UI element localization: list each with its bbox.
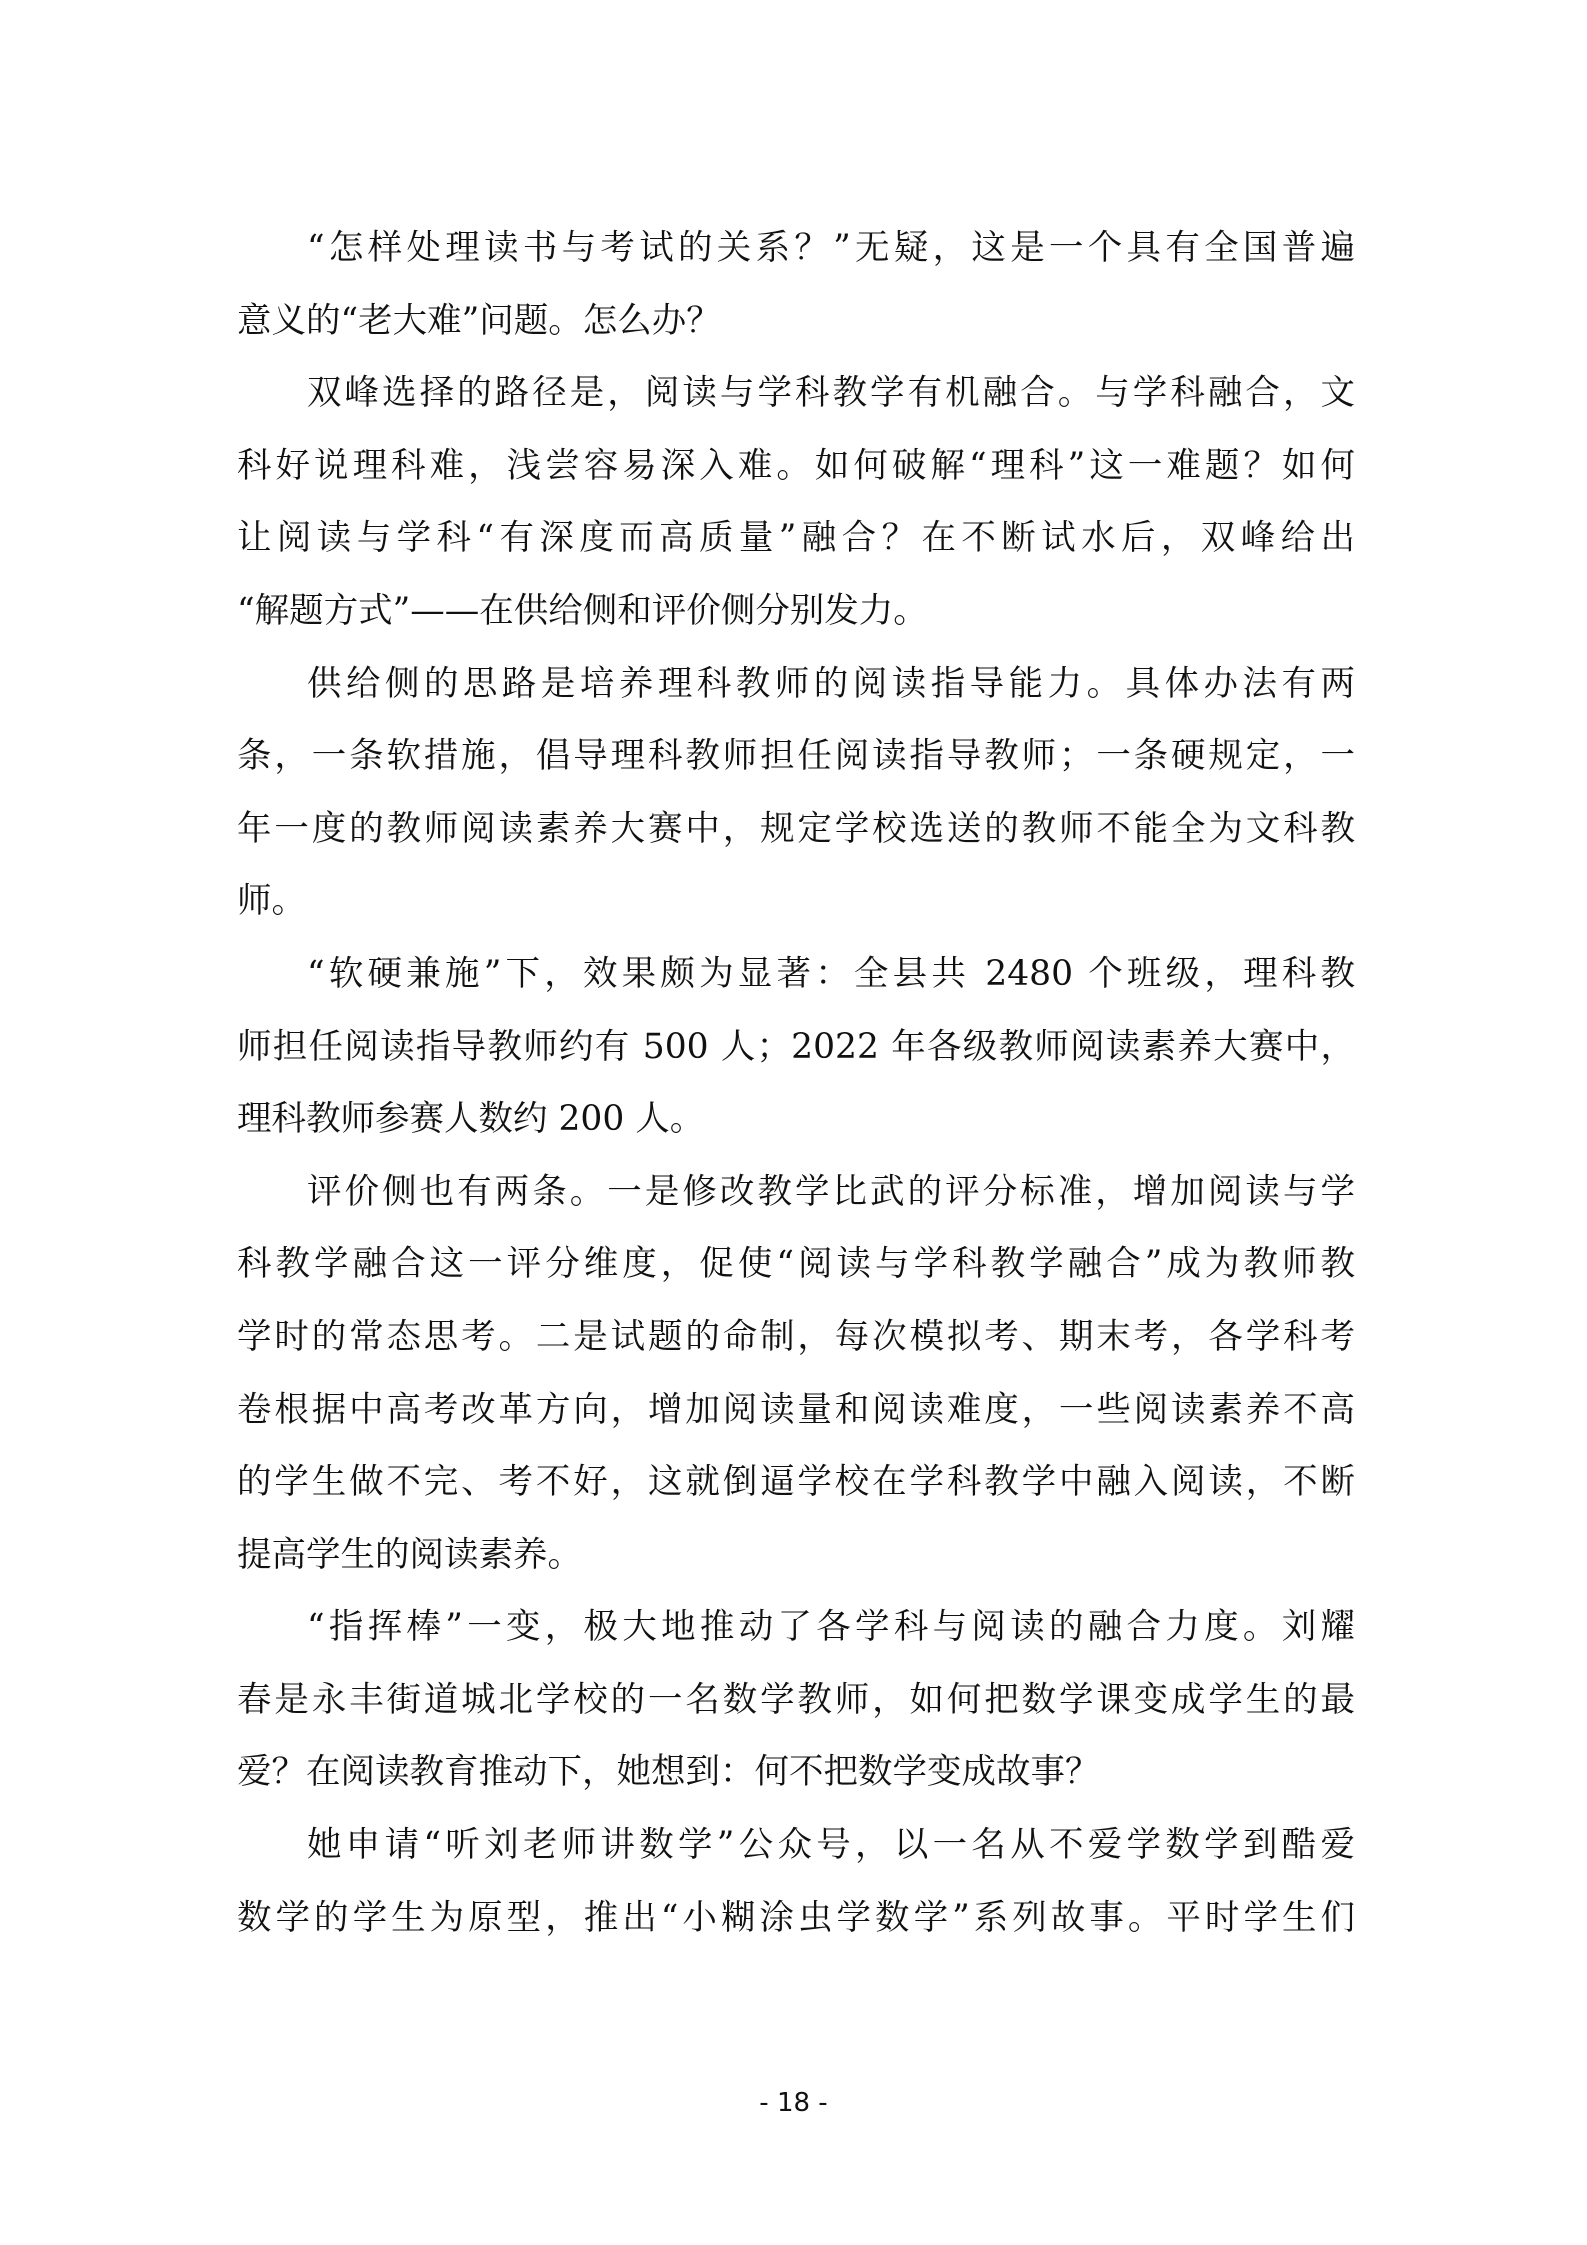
text-line: 年一度的教师阅读素养大赛中，规定学校选送的教师不能全为文科教 (237, 793, 1355, 866)
text-line: 科教学融合这一评分维度，促使“阅读与学科教学融合”成为教师教 (237, 1228, 1355, 1301)
text-line: 春是永丰街道城北学校的一名数学教师，如何把数学课变成学生的最 (237, 1664, 1355, 1737)
paragraph: “软硬兼施”下，效果颇为显著：全县共 2480 个班级，理科教 师担任阅读指导教… (237, 938, 1355, 1156)
paragraph: 供给侧的思路是培养理科教师的阅读指导能力。具体办法有两 条，一条软措施，倡导理科… (237, 648, 1355, 938)
text-line: 爱？在阅读教育推动下，她想到：何不把数学变成故事？ (237, 1736, 1355, 1809)
paragraph: 评价侧也有两条。一是修改教学比武的评分标准，增加阅读与学 科教学融合这一评分维度… (237, 1156, 1355, 1592)
text-line: 条，一条软措施，倡导理科教师担任阅读指导教师；一条硬规定，一 (237, 720, 1355, 793)
paragraph: “指挥棒”一变，极大地推动了各学科与阅读的融合力度。刘耀 春是永丰街道城北学校的… (237, 1591, 1355, 1809)
text-line: 卷根据中高考改革方向，增加阅读量和阅读难度，一些阅读素养不高 (237, 1374, 1355, 1447)
text-line: “软硬兼施”下，效果颇为显著：全县共 2480 个班级，理科教 (237, 938, 1355, 1011)
text-line: 让阅读与学科“有深度而高质量”融合？在不断试水后，双峰给出 (237, 502, 1355, 575)
page-number: - 18 - (0, 2088, 1587, 2118)
paragraph: “怎样处理读书与考试的关系？”无疑，这是一个具有全国普遍 意义的“老大难”问题。… (237, 212, 1355, 357)
paragraph: 她申请“听刘老师讲数学”公众号，以一名从不爱学数学到酷爱 数学的学生为原型，推出… (237, 1809, 1355, 1954)
text-line: 师。 (237, 865, 1355, 938)
text-line: 评价侧也有两条。一是修改教学比武的评分标准，增加阅读与学 (237, 1156, 1355, 1229)
document-body: “怎样处理读书与考试的关系？”无疑，这是一个具有全国普遍 意义的“老大难”问题。… (237, 212, 1355, 1954)
text-line: 数学的学生为原型，推出“小糊涂虫学数学”系列故事。平时学生们 (237, 1882, 1355, 1955)
text-line: 的学生做不完、考不好，这就倒逼学校在学科教学中融入阅读，不断 (237, 1446, 1355, 1519)
text-line: 科好说理科难，浅尝容易深入难。如何破解“理科”这一难题？如何 (237, 430, 1355, 503)
text-line: 供给侧的思路是培养理科教师的阅读指导能力。具体办法有两 (237, 648, 1355, 721)
text-line: “指挥棒”一变，极大地推动了各学科与阅读的融合力度。刘耀 (237, 1591, 1355, 1664)
text-line: 理科教师参赛人数约 200 人。 (237, 1083, 1355, 1156)
paragraph: 双峰选择的路径是，阅读与学科教学有机融合。与学科融合，文 科好说理科难，浅尝容易… (237, 357, 1355, 647)
text-line: 师担任阅读指导教师约有 500 人；2022 年各级教师阅读素养大赛中， (237, 1011, 1355, 1084)
text-line: 双峰选择的路径是，阅读与学科教学有机融合。与学科融合，文 (237, 357, 1355, 430)
text-line: 她申请“听刘老师讲数学”公众号，以一名从不爱学数学到酷爱 (237, 1809, 1355, 1882)
text-line: 学时的常态思考。二是试题的命制，每次模拟考、期末考，各学科考 (237, 1301, 1355, 1374)
text-line: 意义的“老大难”问题。怎么办？ (237, 285, 1355, 358)
text-line: “怎样处理读书与考试的关系？”无疑，这是一个具有全国普遍 (237, 212, 1355, 285)
text-line: 提高学生的阅读素养。 (237, 1519, 1355, 1592)
text-line: “解题方式”——在供给侧和评价侧分别发力。 (237, 575, 1355, 648)
